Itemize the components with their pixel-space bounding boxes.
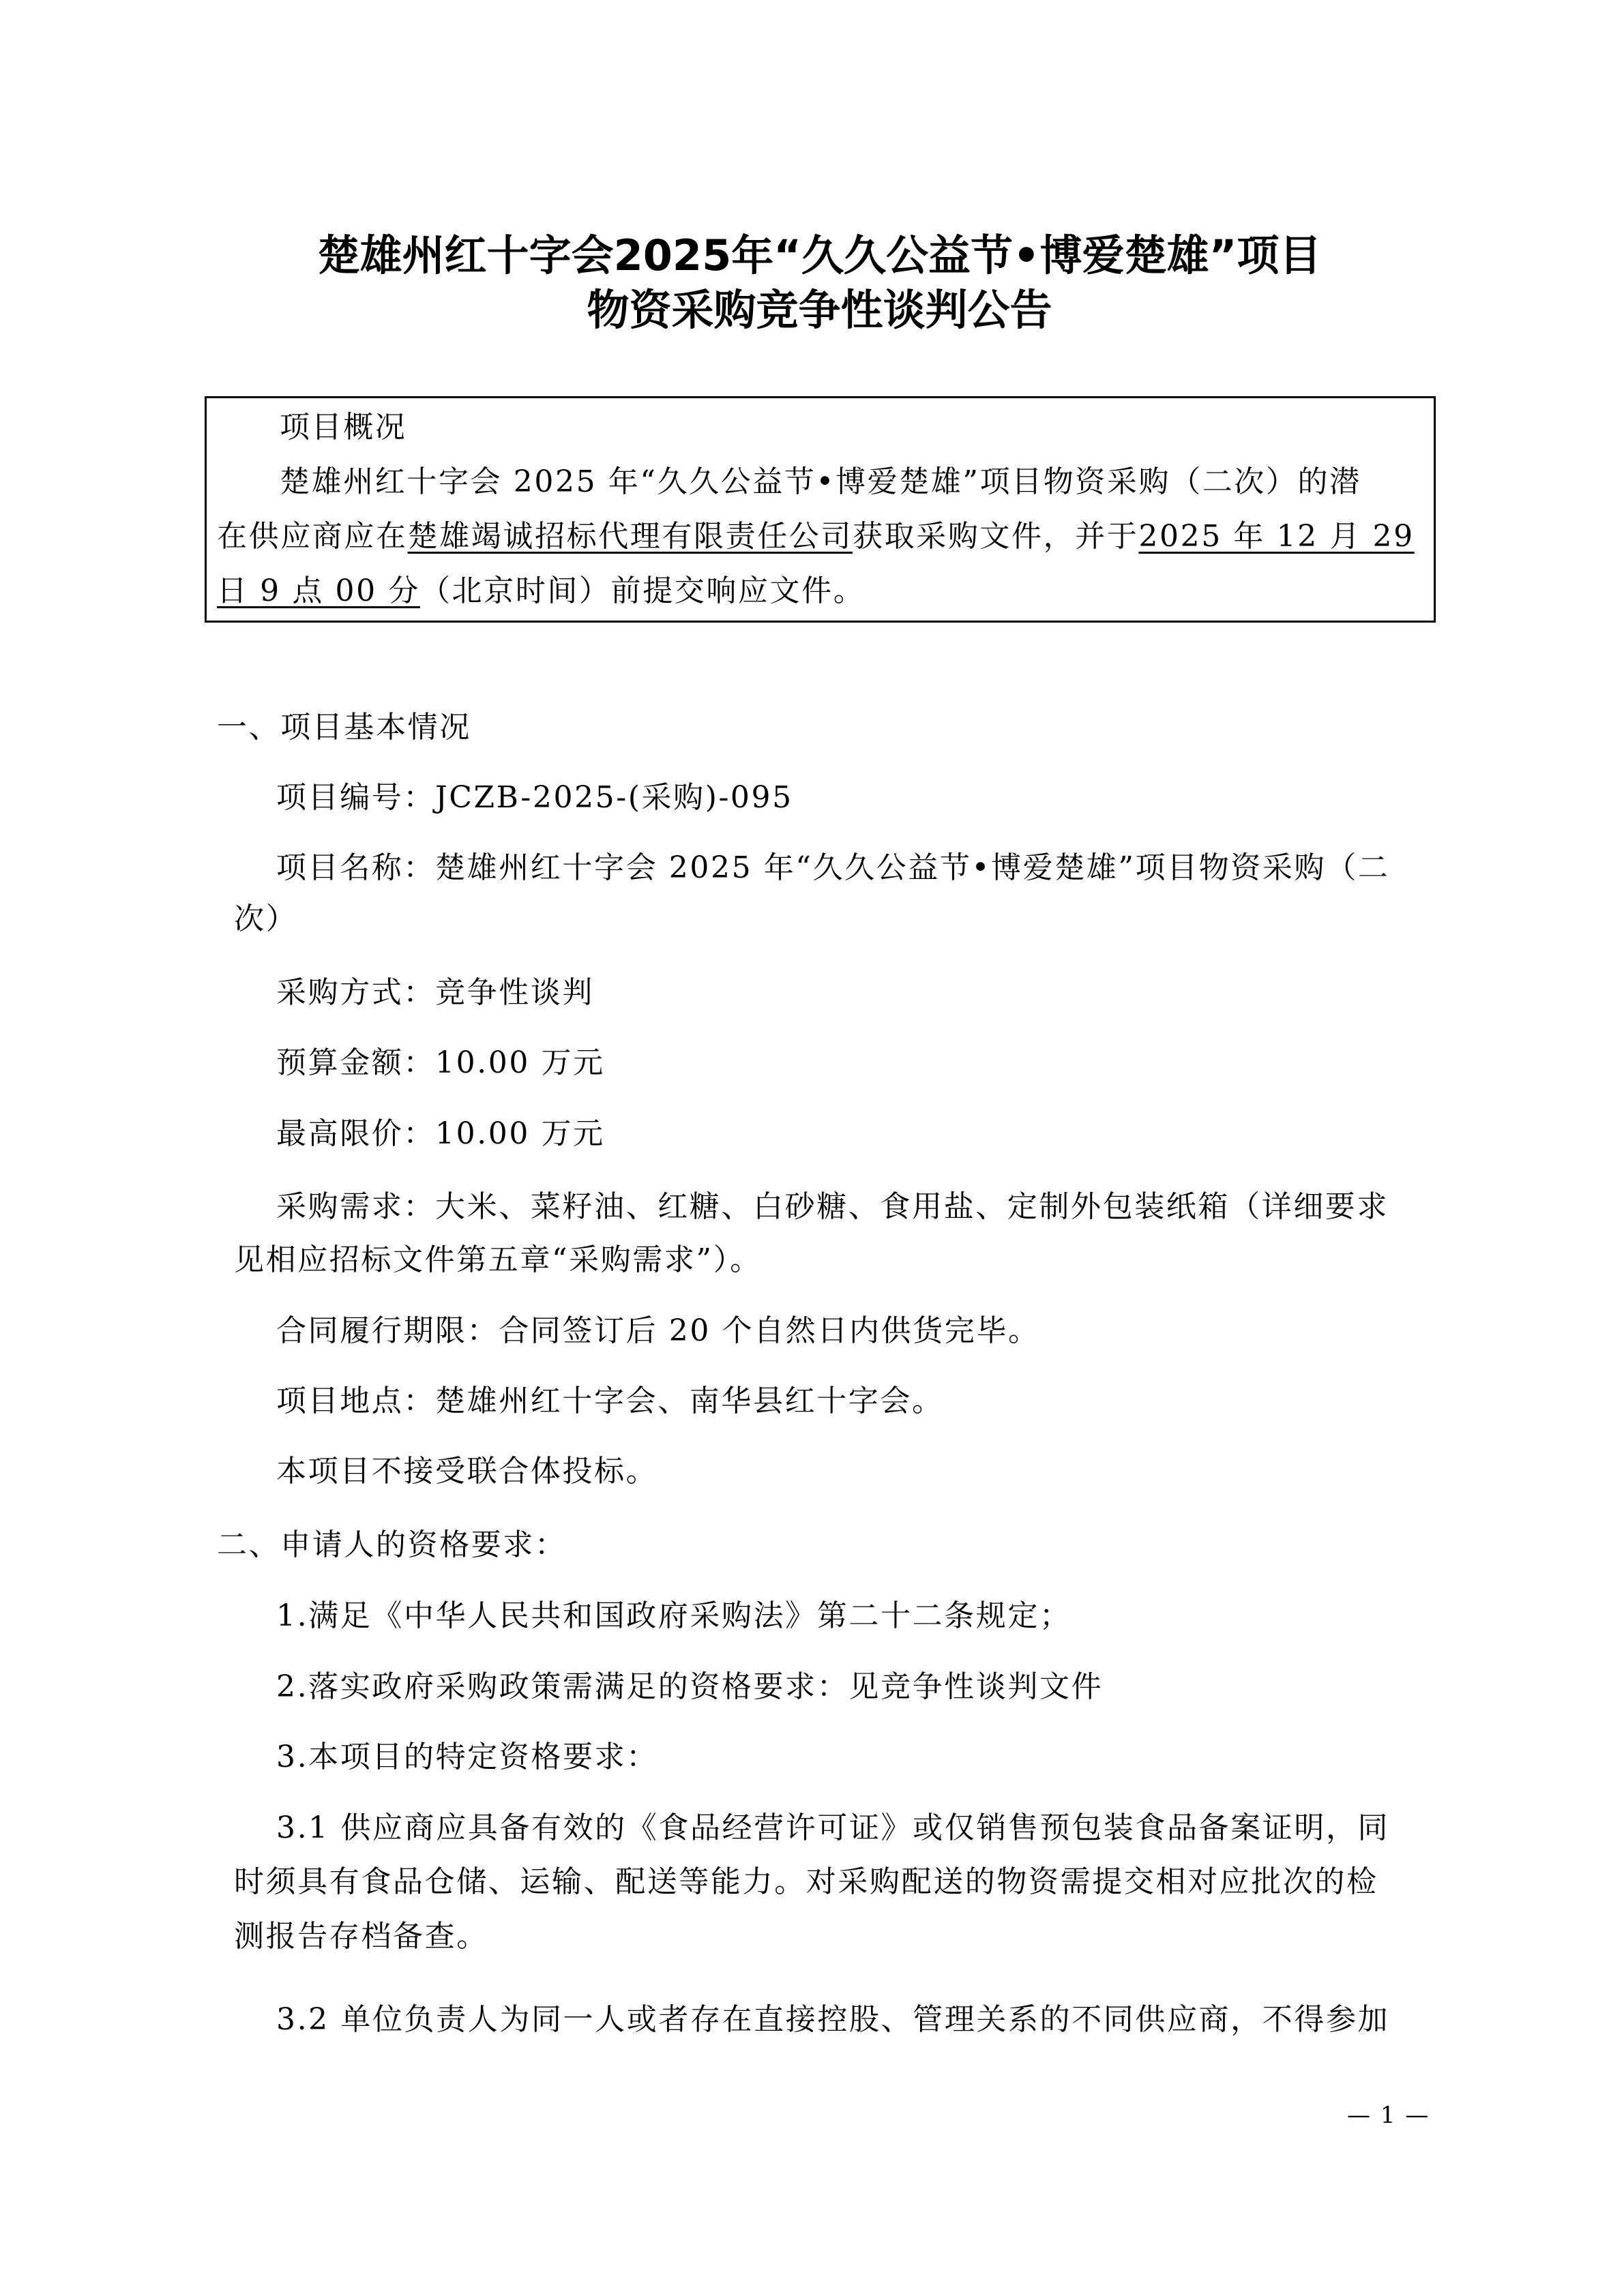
overview-heading: 项目概况 [280,407,407,448]
qualification-item-2: 2.落实政府采购政策需满足的资格要求：见竞争性谈判文件 [276,1667,1103,1708]
consortium-policy: 本项目不接受联合体投标。 [276,1451,658,1492]
section-1-heading: 一、项目基本情况 [217,707,471,748]
submission-deadline-date: 2025 年 12 月 29 [1138,519,1414,554]
procurement-requirements-line-2: 见相应招标文件第五章“采购需求”）。 [234,1240,762,1281]
project-name-line-1: 项目名称：楚雄州红十字会 2025 年“久久公益节•博爱楚雄”项目物资采购（二 [276,848,1389,889]
overview-line-2-prefix: 在供应商应在 [217,519,408,554]
procurement-agency-name: 楚雄竭诚招标代理有限责任公司 [408,519,853,554]
overview-line-3: 日 9 点 00 分（北京时间）前提交响应文件。 [217,571,865,612]
overview-line-1: 楚雄州红十字会 2025 年“久久公益节•博爱楚雄”项目物资采购（二次）的潜 [280,462,1361,503]
document-page: 楚雄州红十字会2025年“久久公益节•博爱楚雄”项目 物资采购竞争性谈判公告 项… [0,0,1624,2296]
section-2-heading: 二、申请人的资格要求： [217,1525,567,1566]
document-title-line-1: 楚雄州红十字会2025年“久久公益节•博爱楚雄”项目 [205,228,1434,283]
contract-period: 合同履行期限：合同签订后 20 个自然日内供货完毕。 [276,1311,1040,1352]
max-price: 最高限价：10.00 万元 [276,1114,605,1154]
qualification-item-1: 1.满足《中华人民共和国政府采购法》第二十二条规定； [276,1596,1072,1637]
page-number: — 1 — [1347,2102,1430,2129]
overview-line-2-mid: 获取采购文件，并于 [853,519,1138,554]
project-location: 项目地点：楚雄州红十字会、南华县红十字会。 [276,1381,944,1422]
procurement-requirements-line-1: 采购需求：大米、菜籽油、红糖、白砂糖、食用盐、定制外包装纸箱（详细要求 [276,1187,1389,1227]
qualification-item-3: 3.本项目的特定资格要求： [276,1737,658,1778]
project-name-line-2: 次） [234,899,297,940]
qualification-item-3-1-line-3: 测报告存档备查。 [234,1916,488,1957]
budget-amount: 预算金额：10.00 万元 [276,1043,605,1084]
qualification-item-3-1-line-1: 3.1 供应商应具备有效的《食品经营许可证》或仅销售预包装食品备案证明，同 [276,1808,1389,1849]
overview-line-2: 在供应商应在楚雄竭诚招标代理有限责任公司获取采购文件，并于2025 年 12 月… [217,516,1415,557]
procurement-method: 采购方式：竞争性谈判 [276,972,594,1013]
submission-deadline-time: 日 9 点 00 分 [217,573,420,608]
document-title-line-2: 物资采购竞争性谈判公告 [205,283,1434,338]
overview-line-3-suffix: （北京时间）前提交响应文件。 [420,573,865,608]
qualification-item-3-2-line-1: 3.2 单位负责人为同一人或者存在直接控股、管理关系的不同供应商，不得参加 [276,1999,1389,2040]
qualification-item-3-1-line-2: 时须具有食品仓储、运输、配送等能力。对采购配送的物资需提交相对应批次的检 [234,1862,1378,1903]
project-number: 项目编号：JCZB-2025-(采购)-095 [276,777,793,818]
